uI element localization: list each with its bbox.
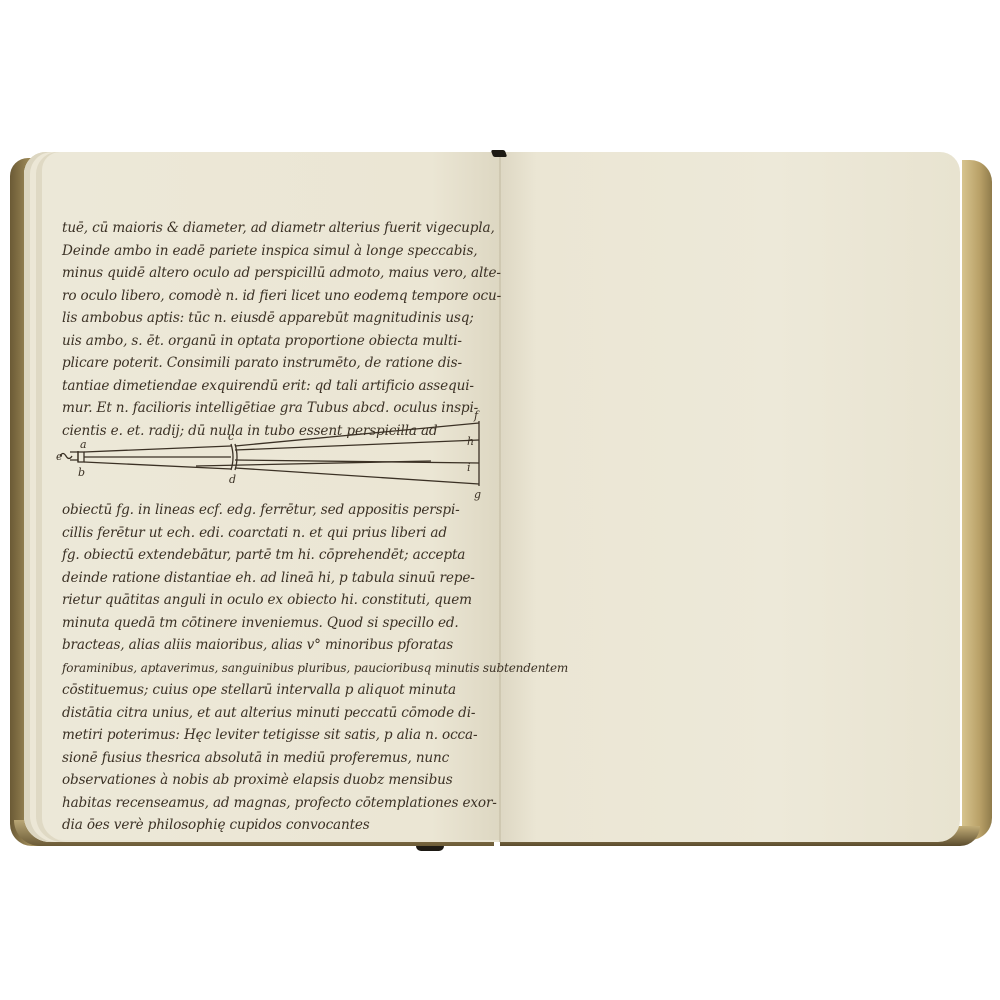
manuscript-line: cillis ferētur ut ech. edi. coarctati n.… (62, 522, 482, 545)
manuscript-line: minuta quedā tm cōtinere inveniemus. Quo… (62, 612, 482, 635)
diagram-label-i: i (467, 461, 471, 474)
manuscript-line: uis ambo, s. ēt. organū in optata propor… (62, 330, 482, 353)
manuscript-line: deinde ratione distantiae eh. ad lineā h… (62, 567, 482, 590)
manuscript-line: ro oculo libero, comodè n. id fieri lice… (62, 285, 482, 308)
diagram-label-f: f (473, 410, 480, 422)
manuscript-line: dia ōes verè philosophię cupidos convoca… (62, 814, 482, 837)
bookmark-ribbon-top (491, 150, 508, 157)
right-page-blank (500, 152, 960, 842)
manuscript-line: fg. obiectū extendebātur, partē tm hi. c… (62, 544, 482, 567)
manuscript-line: rietur quātitas anguli in oculo ex obiec… (62, 589, 482, 612)
diagram-label-c: c (228, 430, 234, 443)
manuscript-line: bracteas, alias aliis maioribus, alias v… (62, 634, 482, 657)
manuscript-line: distātia citra unius, et aut alterius mi… (62, 702, 482, 725)
cover-edge-right (962, 160, 992, 840)
manuscript-paragraph-top: tuē, cū maioris & diameter, ad diametr a… (62, 217, 482, 442)
telescope-diagram: a b c d e f g h i (56, 410, 486, 505)
spine-gutter (499, 152, 501, 842)
manuscript-line: minus quidē altero oculo ad perspicillū … (62, 262, 482, 285)
manuscript-paragraph-bottom: obiectū fg. in lineas ecf. edg. ferrētur… (62, 499, 482, 837)
manuscript-line: observationes à nobis ab proximè elapsis… (62, 769, 482, 792)
manuscript-line: obiectū fg. in lineas ecf. edg. ferrētur… (62, 499, 482, 522)
manuscript-line: sionē fusius thesrica absolutā in mediū … (62, 747, 482, 770)
manuscript-line: foraminibus, aptaverimus, sanguinibus pl… (62, 657, 482, 680)
manuscript-line: plicare poterit. Consimili parato instru… (62, 352, 482, 375)
diagram-label-d: d (229, 473, 236, 486)
diagram-label-h: h (467, 435, 474, 448)
diagram-label-a: a (80, 438, 87, 451)
manuscript-line: metiri poterimus: Hęc leviter tetigisse … (62, 724, 482, 747)
manuscript-line: lis ambobus aptis: tūc n. eiusdē appareb… (62, 307, 482, 330)
manuscript-line: tuē, cū maioris & diameter, ad diametr a… (62, 217, 482, 240)
bookmark-ribbon-bottom (416, 846, 444, 851)
manuscript-line: tantiae dimetiendae exquirendū erit: qd … (62, 375, 482, 398)
manuscript-line: Deinde ambo in eadē pariete inspica simu… (62, 240, 482, 263)
manuscript-line: habitas recenseamus, ad magnas, profecto… (62, 792, 482, 815)
manuscript-line: cōstituemus; cuius ope stellarū interval… (62, 679, 482, 702)
diagram-label-e: e (56, 450, 63, 463)
diagram-label-b: b (78, 466, 85, 479)
